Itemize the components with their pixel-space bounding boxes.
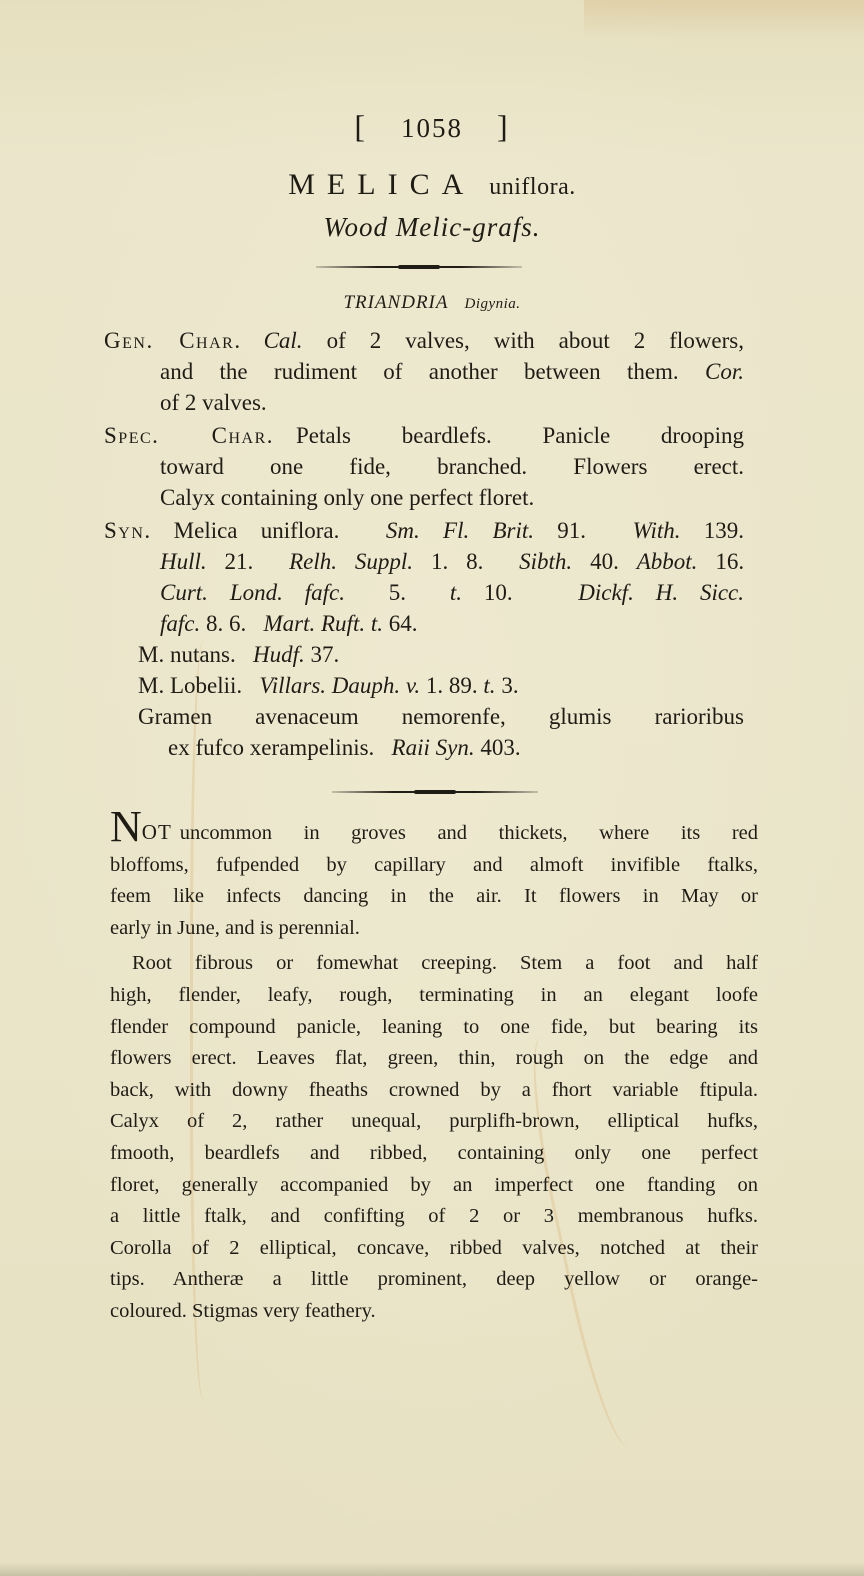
drop-cap: N — [110, 802, 142, 851]
citation: t. — [483, 673, 495, 698]
text-line: early in June, and is perennial. — [110, 913, 758, 945]
synonyms: Syn.Melica uniflora. Sm. Fl. Brit. 91. W… — [104, 515, 744, 763]
citation-number: 3. — [501, 673, 518, 698]
text: Petals beardlefs. Panicle drooping — [296, 423, 744, 448]
text-line: Calyx of 2, rather unequal, purplifh-bro… — [110, 1106, 758, 1138]
citation: fafc. — [160, 611, 200, 636]
text-line: NOTuncommon in groves and thickets, wher… — [110, 812, 758, 850]
citation-number: 37. — [311, 642, 340, 667]
text: and the rudiment of another between them… — [160, 359, 705, 384]
text-line: tips. Antheræ a little prominent, deep y… — [110, 1264, 758, 1296]
text-line: ex fufco xerampelinis. Raii Syn. 403. — [104, 732, 744, 763]
text-line: bloffoms, fufpended by capillary and alm… — [110, 850, 758, 882]
small-caps: OT — [142, 820, 172, 844]
text: uncommon in groves and thickets, where i… — [180, 822, 758, 844]
common-name: Wood Melic-grafs. — [0, 212, 864, 243]
text-line: Syn.Melica uniflora. Sm. Fl. Brit. 91. W… — [104, 515, 744, 546]
page-number: [1058] — [0, 108, 864, 145]
citation: With. — [633, 518, 681, 543]
text-line: flowers erect. Leaves flat, green, thin,… — [110, 1043, 758, 1075]
class-name: TRIANDRIA — [343, 292, 448, 313]
synonym-name: ex fufco xerampelinis. — [168, 735, 374, 760]
text-line: Hull. 21. Relh. Suppl. 1. 8. Sibth. 40. … — [104, 546, 744, 577]
text-line: feem like infects dancing in the air. It… — [110, 881, 758, 913]
genus-name: MELICA — [288, 168, 475, 201]
text: of 2 valves. — [160, 390, 267, 415]
text: Calyx containing only one perfect floret… — [160, 485, 534, 510]
page-edge-shadow — [0, 1562, 864, 1576]
citation: Abbot. — [637, 549, 698, 574]
citation-number: 1. 8. — [431, 549, 483, 574]
linnaean-classification: TRIANDRIADigynia. — [0, 292, 864, 314]
synonym-name: Melica uniflora. — [174, 518, 340, 543]
citation-number: 64. — [389, 611, 418, 636]
citation: Villars. Dauph. v. — [259, 673, 420, 698]
citation: Curt. Lond. fafc. — [160, 580, 345, 605]
citation: Hudf. — [253, 642, 305, 667]
citation-number: 8. 6. — [206, 611, 246, 636]
section-label: Gen. Char. — [104, 328, 242, 353]
citation: t. — [450, 580, 462, 605]
citation: Relh. Suppl. — [289, 549, 413, 574]
text-line: and the rudiment of another between them… — [104, 356, 744, 387]
text-line: Gramen avenaceum nemorenfe, glumis rario… — [104, 701, 744, 732]
text: toward one fide, branched. Flowers erect… — [160, 454, 744, 479]
generic-character: Gen. Char.Cal. of 2 valves, with about 2… — [104, 325, 744, 418]
text-line: of 2 valves. — [104, 387, 744, 418]
text-line: a little ftalk, and confifting of 2 or 3… — [110, 1201, 758, 1233]
citation: Sm. Fl. Brit. — [386, 518, 534, 543]
text-line: Curt. Lond. fafc. 5. t. 10. Dickf. H. Si… — [104, 577, 744, 608]
section-label: Spec. Char. — [104, 423, 274, 448]
text-line: M. nutans. Hudf. 37. — [104, 639, 744, 670]
citation-number: 40. — [590, 549, 619, 574]
specific-character: Spec. Char.Petals beardlefs. Panicle dro… — [104, 420, 744, 513]
text-line: coloured. Stigmas very feathery. — [110, 1296, 758, 1328]
citation-number: 5. — [389, 580, 406, 605]
citation-number: 1. 89. — [426, 673, 478, 698]
text-line: Corolla of 2 elliptical, concave, ribbed… — [110, 1233, 758, 1265]
text-line: toward one fide, branched. Flowers erect… — [104, 451, 744, 482]
paper-stain — [584, 0, 864, 40]
citation-number: 21. — [225, 549, 254, 574]
text-line: floret, generally accompanied by an impe… — [110, 1170, 758, 1202]
page-title: MELICAuniflora. — [0, 168, 864, 202]
citation-number: 139. — [704, 518, 744, 543]
synonym-name: M. nutans. — [138, 642, 236, 667]
citation: Dickf. H. Sicc. — [578, 580, 744, 605]
page-number-value: 1058 — [401, 113, 463, 143]
citation-number: 10. — [484, 580, 513, 605]
abbrev: Cor. — [705, 359, 744, 384]
text-line: Calyx containing only one perfect floret… — [104, 482, 744, 513]
citation: Raii Syn. — [392, 735, 475, 760]
synonym-name: M. Lobelii. — [138, 673, 242, 698]
abbrev: Cal. — [264, 328, 303, 353]
text: of 2 valves, with about 2 flowers, — [303, 328, 744, 353]
citation: Mart. Ruft. t. — [264, 611, 383, 636]
text-line: high, flender, leafy, rough, terminating… — [110, 980, 758, 1012]
divider-rule — [332, 791, 538, 793]
description-body: NOTuncommon in groves and thickets, wher… — [110, 812, 758, 1328]
citation-number: 16. — [715, 549, 744, 574]
text-line: Gen. Char.Cal. of 2 valves, with about 2… — [104, 325, 744, 356]
citation: Sibth. — [519, 549, 572, 574]
bracket-close: ] — [497, 108, 510, 144]
text-line: fafc. 8. 6. Mart. Ruft. t. 64. — [104, 608, 744, 639]
citation: Hull. — [160, 549, 207, 574]
bracket-open: [ — [354, 108, 367, 144]
synonym-name: Gramen avenaceum nemorenfe, glumis rario… — [138, 704, 744, 729]
divider-rule — [316, 266, 522, 268]
text-line: Root fibrous or fomewhat creeping. Stem … — [110, 948, 758, 980]
text-line: M. Lobelii. Villars. Dauph. v. 1. 89. t.… — [104, 670, 744, 701]
citation-number: 403. — [480, 735, 520, 760]
citation-number: 91. — [557, 518, 586, 543]
text-line: fmooth, beardlefs and ribbed, containing… — [110, 1138, 758, 1170]
book-page: [1058] MELICAuniflora. Wood Melic-grafs.… — [0, 0, 864, 1576]
text-line: Spec. Char.Petals beardlefs. Panicle dro… — [104, 420, 744, 451]
order-name: Digynia. — [464, 296, 520, 312]
text-line: flender compound panicle, leaning to one… — [110, 1012, 758, 1044]
section-label: Syn. — [104, 518, 152, 543]
text-line: back, with downy fheaths crowned by a fh… — [110, 1075, 758, 1107]
species-name: uniflora. — [489, 174, 575, 200]
